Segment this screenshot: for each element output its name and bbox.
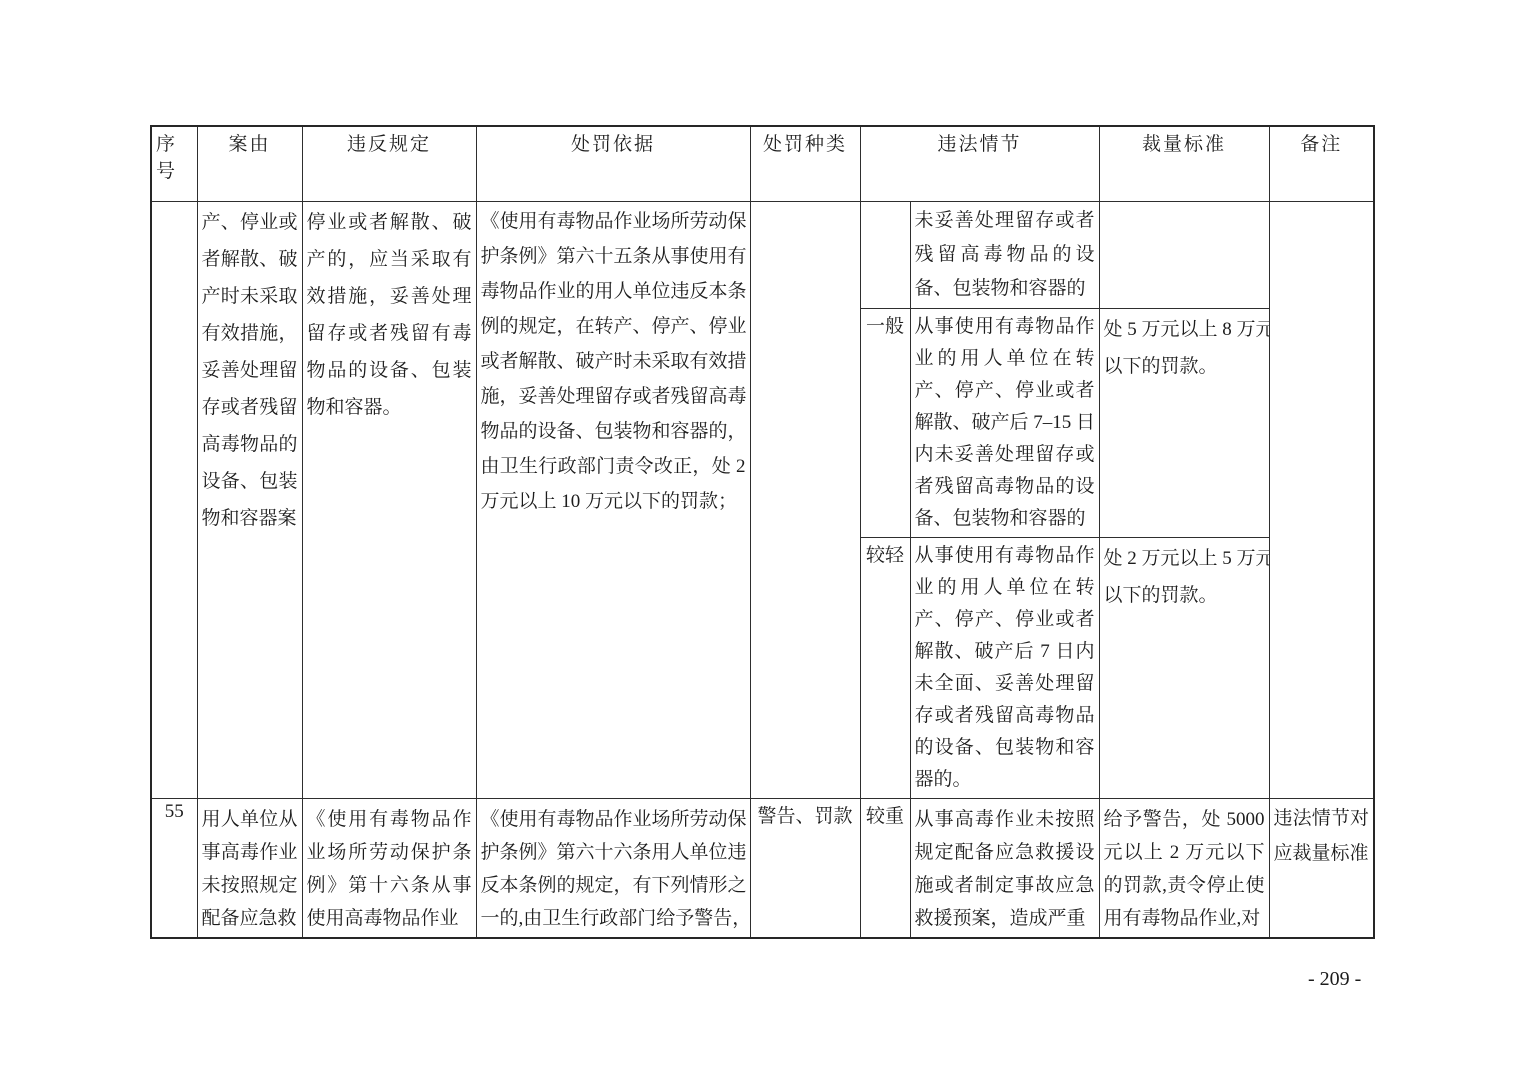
row55-standard-cell: 给予警告，处 5000元以上 2 万元以下的罚款,责令停止使用有毒物品作业,对 [1099, 798, 1269, 938]
document-page: 序号 案由 违反规定 处罚依据 处罚种类 违法情节 裁量标准 备注 产、停业或者… [0, 0, 1520, 1074]
row54-case-cause-cell: 产、停业或者解散、破产时未采取有效措施，妥善处理留存或者残留高毒物品的设备、包装… [197, 201, 302, 798]
row54-circumstance-cell-1: 未妥善处理留存或者残留高毒物品的设备、包装物和容器的 [910, 201, 1099, 308]
row54-penalty-basis-cell: 《使用有毒物品作业场所劳动保护条例》第六十五条从事使用有毒物品作业的用人单位违反… [476, 201, 750, 798]
row55-penalty-basis-cell: 《使用有毒物品作业场所劳动保护条例》第六十六条用人单位违反本条例的规定，有下列情… [476, 798, 750, 938]
row54-severity-cell-2: 一般 [860, 308, 910, 537]
header-case-cause: 案由 [197, 126, 302, 201]
row55-case-cause-cell: 用人单位从事高毒作业未按照规定配备应急救 [197, 798, 302, 938]
row54-severity-cell-1 [860, 201, 910, 308]
row55-violated-provision-cell: 《使用有毒物品作业场所劳动保护条例》第十六条从事使用高毒物品作业 [302, 798, 476, 938]
row54-subrow-1: 产、停业或者解散、破产时未采取有效措施，妥善处理留存或者残留高毒物品的设备、包装… [151, 201, 1374, 308]
header-discretion-standard: 裁量标准 [1099, 126, 1269, 201]
row54-serial-cell [151, 201, 197, 798]
row55-penalty-type-cell: 警告、罚款 [750, 798, 860, 938]
row55-circumstance-cell: 从事高毒作业未按照规定配备应急救援设施或者制定事故应急救援预案，造成严重 [910, 798, 1099, 938]
row55-serial-cell: 55 [151, 798, 197, 938]
row54-standard-cell-3: 处 2 万元以上 5 万元以下的罚款。 [1099, 537, 1269, 798]
header-penalty-type: 处罚种类 [750, 126, 860, 201]
row54-severity-cell-3: 较轻 [860, 537, 910, 798]
row54-penalty-type-cell [750, 201, 860, 798]
header-penalty-basis: 处罚依据 [476, 126, 750, 201]
header-serial: 序号 [151, 126, 197, 201]
header-illegal-circumstance: 违法情节 [860, 126, 1099, 201]
page-number: - 209 - [1308, 968, 1361, 991]
row55: 55 用人单位从事高毒作业未按照规定配备应急救 《使用有毒物品作业场所劳动保护条… [151, 798, 1374, 938]
row54-standard-cell-1 [1099, 201, 1269, 308]
row54-standard-cell-2: 处 5 万元以上 8 万元以下的罚款。 [1099, 308, 1269, 537]
row54-violated-provision-cell: 停业或者解散、破产的，应当采取有效措施，妥善处理留存或者残留有毒物品的设备、包装… [302, 201, 476, 798]
header-remark: 备注 [1269, 126, 1374, 201]
row54-circumstance-cell-3: 从事使用有毒物品作业的用人单位在转产、停产、停业或者解散、破产后 7 日内未全面… [910, 537, 1099, 798]
table-header-row: 序号 案由 违反规定 处罚依据 处罚种类 违法情节 裁量标准 备注 [151, 126, 1374, 201]
penalty-table: 序号 案由 违反规定 处罚依据 处罚种类 违法情节 裁量标准 备注 产、停业或者… [150, 125, 1375, 939]
row54-circumstance-cell-2: 从事使用有毒物品作业的用人单位在转产、停产、停业或者解散、破产后 7–15 日内… [910, 308, 1099, 537]
row55-remark-cell: 违法情节对应裁量标准 [1269, 798, 1374, 938]
row55-severity-cell: 较重 [860, 798, 910, 938]
header-violated-provision: 违反规定 [302, 126, 476, 201]
row54-remark-cell [1269, 201, 1374, 798]
